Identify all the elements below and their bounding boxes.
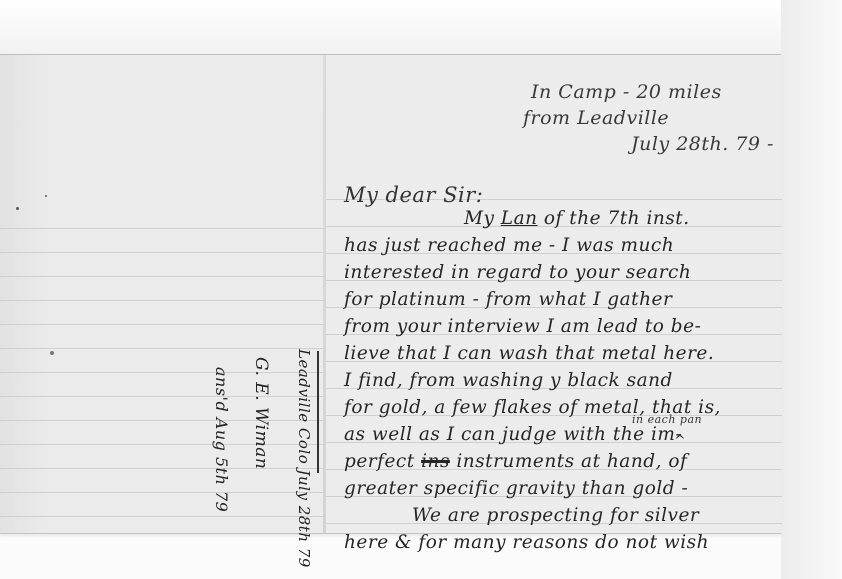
body-line-8: for gold, a few flakes of metal, that is… <box>344 394 784 421</box>
body-line-12: We are prospecting for silver <box>344 502 784 529</box>
insertion-caret-icon: ^ <box>674 433 686 449</box>
body-line-11: greater specific gravity than gold - <box>344 475 784 502</box>
heading-distance: from Leadville <box>523 105 774 131</box>
left-page: Leadville Colo July 28th 79 G. E. Wiman … <box>0 55 325 533</box>
docket-underline <box>317 351 319 473</box>
scan-background-right <box>781 0 842 579</box>
docket-place-date: Leadville Colo July 28th 79 <box>295 349 313 568</box>
underlined-word: Lan <box>501 208 538 229</box>
paper-speck <box>50 351 54 355</box>
body-line-4: for platinum - from what I gather <box>344 286 784 313</box>
body-line-9: as well as I can judge with the im- <box>344 421 784 448</box>
letter-body: My Lan of the 7th inst. has just reached… <box>344 205 784 556</box>
struck-word: ins <box>421 451 450 472</box>
heading-location: In Camp - 20 miles <box>531 79 774 105</box>
body-text: of the 7th inst. <box>538 208 690 229</box>
body-line-1: My Lan of the 7th inst. <box>344 205 784 232</box>
paper-speck <box>16 207 19 210</box>
body-line-10: perfect ins instruments at hand, of <box>344 448 784 475</box>
docket-answered-date: ans'd Aug 5th 79 <box>212 367 231 512</box>
right-page: In Camp - 20 miles from Leadville July 2… <box>325 55 782 533</box>
body-line-2: has just reached me - I was much <box>344 232 784 259</box>
scan-background-top <box>0 0 842 54</box>
docket-endorsement: Leadville Colo July 28th 79 G. E. Wiman … <box>175 345 325 535</box>
body-line-13: here & for many reasons do not wish <box>344 529 784 556</box>
interlinear-insertion: in each pan <box>632 413 702 426</box>
salutation: My dear Sir: <box>344 183 483 207</box>
body-text: perfect <box>344 451 421 472</box>
body-line-3: interested in regard to your search <box>344 259 784 286</box>
body-line-7: I find, from washing y black sand <box>344 367 784 394</box>
body-line-6: lieve that I can wash that metal here. <box>344 340 784 367</box>
docket-correspondent: G. E. Wiman <box>251 357 271 469</box>
letter-sheet: Leadville Colo July 28th 79 G. E. Wiman … <box>0 54 781 534</box>
body-text: instruments at hand, of <box>450 451 687 472</box>
paper-speck <box>45 195 47 197</box>
heading-date: July 28th. 79 - <box>631 131 774 157</box>
body-text: My <box>464 208 501 229</box>
body-line-5: from your interview I am lead to be- <box>344 313 784 340</box>
letter-heading: In Camp - 20 miles from Leadville July 2… <box>531 79 774 157</box>
